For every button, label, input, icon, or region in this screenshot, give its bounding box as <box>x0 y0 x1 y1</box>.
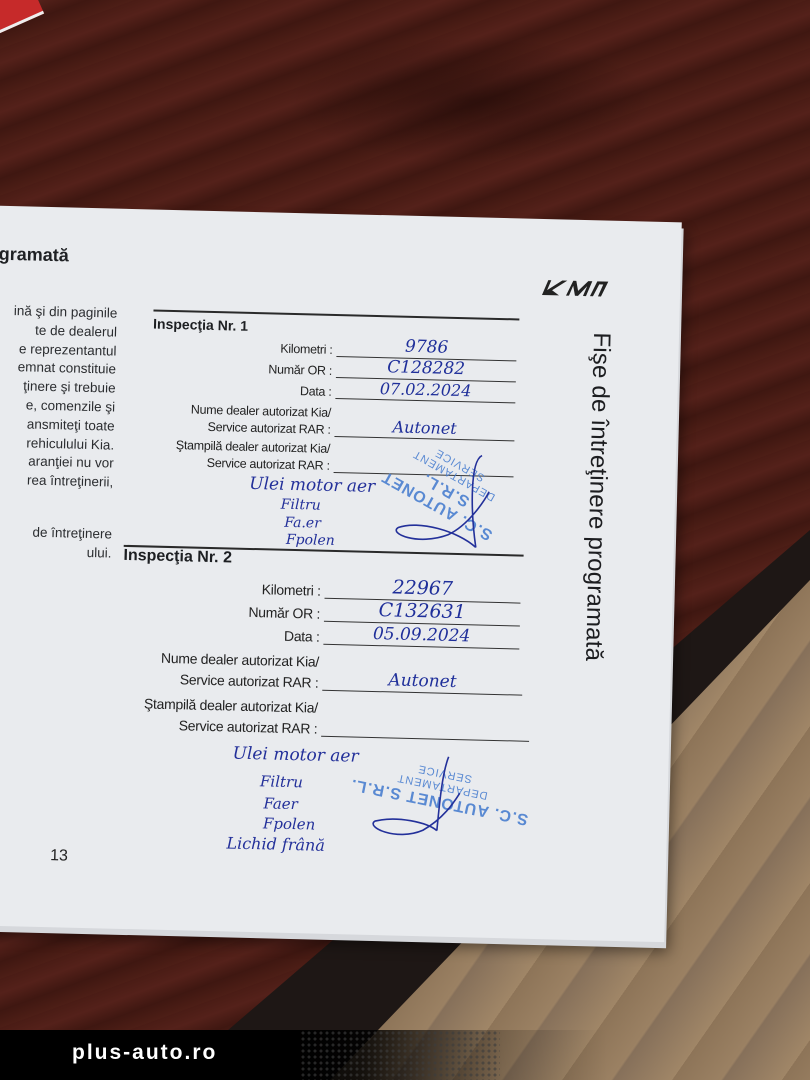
field-label: Service autorizat RAR : <box>119 716 317 737</box>
field-label: Număr OR : <box>152 359 332 377</box>
field-data: Data : 05.09.2024 <box>121 621 519 650</box>
left-page-paragraph-2: de întreţinere ului. <box>0 521 112 563</box>
paragraph-line: ului. <box>0 540 112 563</box>
field-data: Data : 07.02.2024 <box>151 377 515 403</box>
field-label: Număr OR : <box>122 601 320 622</box>
handwritten-value: 07.02.2024 <box>335 378 515 401</box>
handwritten-note: Faer <box>263 794 298 813</box>
field-dealer-stamp: Service autorizat RAR : <box>119 713 529 742</box>
handwritten-value: C132631 <box>324 598 520 625</box>
halftone-pattern <box>300 1030 500 1080</box>
field-label: Service autorizat RAR : <box>150 454 330 472</box>
handwritten-value: Autonet <box>334 416 514 439</box>
field-label: Nume dealer autorizat Kia/ <box>121 649 319 670</box>
field-line: Autonet <box>322 672 522 696</box>
field-dealer-name: Service autorizat RAR : Autonet <box>120 667 522 696</box>
page-number: 13 <box>50 847 68 865</box>
handwritten-note: Filtru <box>260 772 303 791</box>
watermark-bar: plus-auto.ro <box>0 1030 810 1080</box>
handwritten-value: C128282 <box>336 356 516 380</box>
signature <box>367 751 479 844</box>
handwritten-note: Fpolen <box>286 532 335 549</box>
paragraph-line: ansmiteţi toate <box>0 414 115 436</box>
inspection-title: Inspecţia Nr. 2 <box>123 547 232 568</box>
handwritten-note: Lichid frână <box>226 833 325 854</box>
paragraph-line: emnat constituie <box>0 357 116 379</box>
signature <box>388 449 510 552</box>
paragraph-line: rehiculului Kia. <box>0 433 114 455</box>
handwritten-note: Fpolen <box>263 814 316 833</box>
field-line: 05.09.2024 <box>323 626 519 650</box>
side-title: Fişe de întreţinere programată <box>579 332 615 661</box>
paragraph-line: rea întreţinerii, <box>0 470 113 492</box>
handwritten-note: Filtru <box>281 497 321 514</box>
left-page-title: gramată <box>0 244 69 267</box>
field-label: Service autorizat RAR : <box>120 670 318 691</box>
service-booklet-page: gramată ină şi din paginile te de dealer… <box>0 205 682 942</box>
paragraph-line: ină şi din paginile <box>0 301 118 323</box>
field-line <box>321 718 529 742</box>
paragraph-line: aranţiei nu vor <box>0 451 114 473</box>
inspection-2: Inspecţia Nr. 2 Kilometri : 22967 Număr … <box>116 545 524 885</box>
handwritten-value: Autonet <box>322 669 522 694</box>
field-dealer-name: Service autorizat RAR : Autonet <box>150 415 514 441</box>
handwritten-note: Fa.er <box>284 515 321 532</box>
inspection-title: Inspecţia Nr. 1 <box>153 316 248 334</box>
handwritten-value: 05.09.2024 <box>323 623 519 648</box>
field-label: Kilometri : <box>123 578 321 599</box>
paragraph-line: de întreţinere <box>0 521 112 544</box>
field-label: Data : <box>151 380 331 398</box>
handwritten-note: Ulei motor aer <box>249 474 375 497</box>
inspection-1: Inspecţia Nr. 1 Kilometri : 9786 Număr O… <box>148 310 520 549</box>
left-page-paragraph: ină şi din paginile te de dealerul e rep… <box>0 301 118 493</box>
field-label: Data : <box>121 624 319 645</box>
field-label: Service autorizat RAR : <box>150 418 330 436</box>
handwritten-note: Ulei motor aer <box>232 744 358 767</box>
watermark-brand: plus-auto.ro <box>72 1041 217 1065</box>
field-line: 07.02.2024 <box>335 382 515 403</box>
kia-logo-icon <box>540 277 610 299</box>
field-label: Kilometri : <box>152 339 332 357</box>
